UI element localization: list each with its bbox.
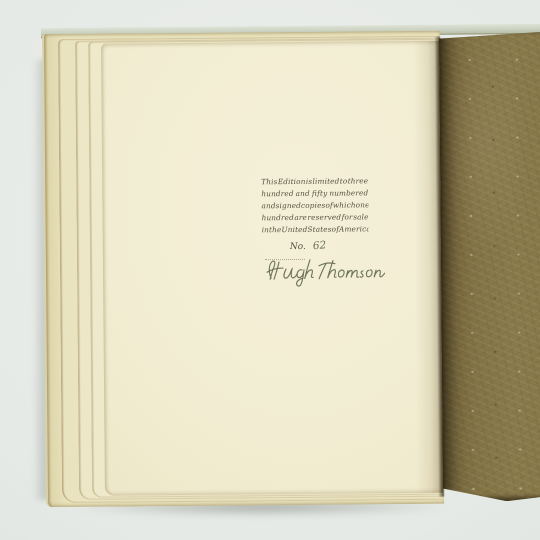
copy-number-label: No. [290,242,306,252]
limitation-statement-line: hundredarereservedforsale [262,211,369,224]
copy-number-value: 62 [312,238,326,253]
limitation-statement-line: andsignedcopiesofwhichone [261,199,368,212]
limitation-statement-line: hundredandfiftynumbered [261,187,368,200]
signature [264,253,390,288]
limitation-page: ThisEditionislimitedtothree hundredandfi… [101,41,443,496]
limitation-statement-line: intheUnitedStatesofAmerica [262,223,369,236]
photograph-scene: ThisEditionislimitedtothree hundredandfi… [0,0,540,540]
limitation-statement-line: ThisEditionislimitedtothree [261,175,368,188]
inner-board [439,29,540,502]
book: ThisEditionislimitedtothree hundredandfi… [41,24,540,510]
limitation-statement: ThisEditionislimitedtothree hundredandfi… [261,175,369,236]
board-texture [439,29,540,502]
